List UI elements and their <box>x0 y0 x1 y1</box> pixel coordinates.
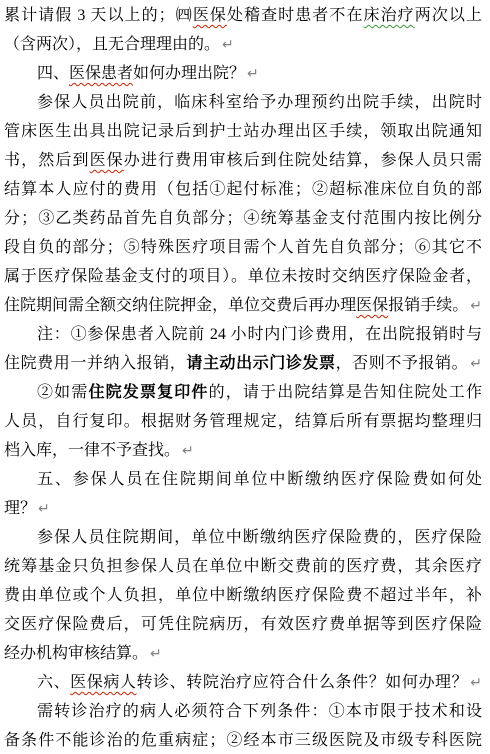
text-line: 档入库，一律不予查找。↵ <box>4 436 482 465</box>
text-line: 统筹基金只负担参保人员在单位中断交费前的医疗费，其余医疗 <box>4 552 482 581</box>
text-line: 结算本人应付的费用（包括①起付标准；②超标准床位自负的部 <box>4 175 482 204</box>
text-line: 累计请假 3 天以上的；㈣医保处稽查时患者不在床治疗两次以上 <box>4 1 482 30</box>
text-line: 属于医疗保险基金支付的项目）。单位未按时交纳医疗保险金者， <box>4 262 482 291</box>
text-line: 六、医保病人转诊、转院治疗应符合什么条件？如何办理？↵ <box>4 668 482 697</box>
text-line: 参保人员住院期间，单位中断缴纳医疗保险费的，医疗保险 <box>4 523 482 552</box>
text-run: 处稽查时患者不在 <box>227 7 364 24</box>
text-line: ②如需住院发票复印件的，请于出院结算是告知住院处工作 <box>4 378 482 407</box>
text-line: 经办机构审核结算。↵ <box>4 639 482 668</box>
text-line: 理？↵ <box>4 494 482 523</box>
text-line: 注：①参保患者入院前 24 小时内门诊费用，在出院报销时与 <box>4 320 482 349</box>
text-run: （含两次），且无合理理由的。 <box>4 36 220 53</box>
bold-run: 请主动出示门诊发票 <box>186 355 335 372</box>
text-run: 五、参保人员在住院期间单位中断缴纳医疗保险费如何处 <box>37 471 482 488</box>
word-document-page[interactable]: 累计请假 3 天以上的；㈣医保处稽查时患者不在床治疗两次以上（含两次），且无合理… <box>0 0 490 754</box>
bold-run: 住院发票复印件 <box>88 384 208 401</box>
misspelled-term: 医保患者 <box>69 65 133 82</box>
text-run: 办进行费用审核后到住院处结算，参保人员只需 <box>124 152 482 169</box>
paragraph-mark-icon: ↵ <box>148 646 162 662</box>
paragraph-mark-icon: ↵ <box>245 66 259 82</box>
text-run: 六、 <box>37 674 70 691</box>
paragraph-mark-icon: ↵ <box>468 356 482 372</box>
text-run: 注：①参保患者入院前 24 小时内门诊费用，在出院报销时与 <box>37 326 482 343</box>
text-line: 五、参保人员在住院期间单位中断缴纳医疗保险费如何处 <box>4 465 482 494</box>
text-run: 住院期间需全额交纳住院押金，单位交费后再办理 <box>4 297 356 314</box>
paragraph-mark-icon: ↵ <box>468 298 482 314</box>
text-line: 交医疗保险费后，可凭住院病历，有效医疗费单据等到医疗保险 <box>4 610 482 639</box>
text-line: 管床医生出具出院记录后到护士站办理出区手续，领取出院通知 <box>4 117 482 146</box>
paragraph-mark-icon: ↵ <box>220 37 234 53</box>
text-run: 统筹基金只负担参保人员在单位中断交费前的医疗费，其余医疗 <box>4 558 482 575</box>
text-run: 分；③乙类药品首先自负部分；④统筹基金支付范围内按比例分 <box>4 210 482 227</box>
text-run: 书，然后到 <box>4 152 90 169</box>
text-line: （含两次），且无合理理由的。↵ <box>4 30 482 59</box>
text-line: 分；③乙类药品首先自负部分；④统筹基金支付范围内按比例分 <box>4 204 482 233</box>
text-run: 转诊、转院治疗应符合什么条件？如何办理？ <box>137 674 469 691</box>
text-run: 档入库，一律不予查找。 <box>4 442 180 459</box>
misspelled-term: 医保 <box>90 152 124 169</box>
text-run: 如何办理出院？ <box>133 65 245 82</box>
paragraph-mark-icon: ↵ <box>36 501 50 517</box>
text-line: 费由单位或个人负担，单位中断缴纳医疗保险费不超过半年，补 <box>4 581 482 610</box>
text-run: 两次以上 <box>415 7 482 24</box>
text-line: 段自负的部分；⑤特殊医疗项目需个人首先自负部分；⑥其它不 <box>4 233 482 262</box>
text-line: 住院费用一并纳入报销，请主动出示门诊发票，否则不予报销。↵ <box>4 349 482 378</box>
paragraph-mark-icon: ↵ <box>468 675 482 691</box>
text-run: 经办机构审核结算。 <box>4 645 148 662</box>
text-run: 属于医疗保险基金支付的项目）。单位未按时交纳医疗保险金者， <box>4 268 482 285</box>
grammar-flagged-term: 床治疗 <box>364 7 415 24</box>
text-line: 书，然后到医保办进行费用审核后到住院处结算，参保人员只需 <box>4 146 482 175</box>
text-run: 参保人员住院期间，单位中断缴纳医疗保险费的，医疗保险 <box>37 529 482 546</box>
text-run: 报销手续。 <box>388 297 468 314</box>
text-run: 结算本人应付的费用（包括①起付标准；②超标准床位自负的部 <box>4 181 482 198</box>
text-run: 备条件不能诊治的危重病症；②经本市三级医院及市级专科医院 <box>4 732 482 749</box>
text-run: 段自负的部分；⑤特殊医疗项目需个人首先自负部分；⑥其它不 <box>4 239 482 256</box>
text-line: 住院期间需全额交纳住院押金，单位交费后再办理医保报销手续。↵ <box>4 291 482 320</box>
text-line: 需转诊治疗的病人必须符合下列条件：①本市限于技术和设 <box>4 697 482 726</box>
misspelled-term: 医保病人 <box>70 674 136 691</box>
text-run: 交医疗保险费后，可凭住院病历，有效医疗费单据等到医疗保险 <box>4 616 482 633</box>
text-line: 人员，自行复印。根据财务管理规定，结算后所有票据均整理归 <box>4 407 482 436</box>
text-run: 四、 <box>37 65 69 82</box>
text-run: 费由单位或个人负担，单位中断缴纳医疗保险费不超过半年，补 <box>4 587 482 604</box>
text-run: 累计请假 3 天以上的；㈣ <box>4 7 193 24</box>
text-line: 备条件不能诊治的危重病症；②经本市三级医院及市级专科医院 <box>4 726 482 754</box>
text-run: ②如需 <box>37 384 88 401</box>
text-run: 需转诊治疗的病人必须符合下列条件：①本市限于技术和设 <box>37 703 482 720</box>
text-run: 人员，自行复印。根据财务管理规定，结算后所有票据均整理归 <box>4 413 482 430</box>
text-run: 的，请于出院结算是告知住院处工作 <box>209 384 482 401</box>
misspelled-term: 医保 <box>193 7 227 24</box>
text-line: 参保人员出院前，临床科室给予办理预约出院手续，出院时 <box>4 88 482 117</box>
text-run: 管床医生出具出院记录后到护士站办理出区手续，领取出院通知 <box>4 123 482 140</box>
text-run: 理？ <box>4 500 36 517</box>
text-run: 住院费用一并纳入报销， <box>4 355 186 372</box>
text-run: ，否则不予报销。 <box>336 355 469 372</box>
paragraph-mark-icon: ↵ <box>180 443 194 459</box>
document-text: 累计请假 3 天以上的；㈣医保处稽查时患者不在床治疗两次以上（含两次），且无合理… <box>4 1 482 754</box>
text-line: 四、医保患者如何办理出院？↵ <box>4 59 482 88</box>
misspelled-term: 医保 <box>356 297 388 314</box>
text-run: 参保人员出院前，临床科室给予办理预约出院手续，出院时 <box>37 94 482 111</box>
